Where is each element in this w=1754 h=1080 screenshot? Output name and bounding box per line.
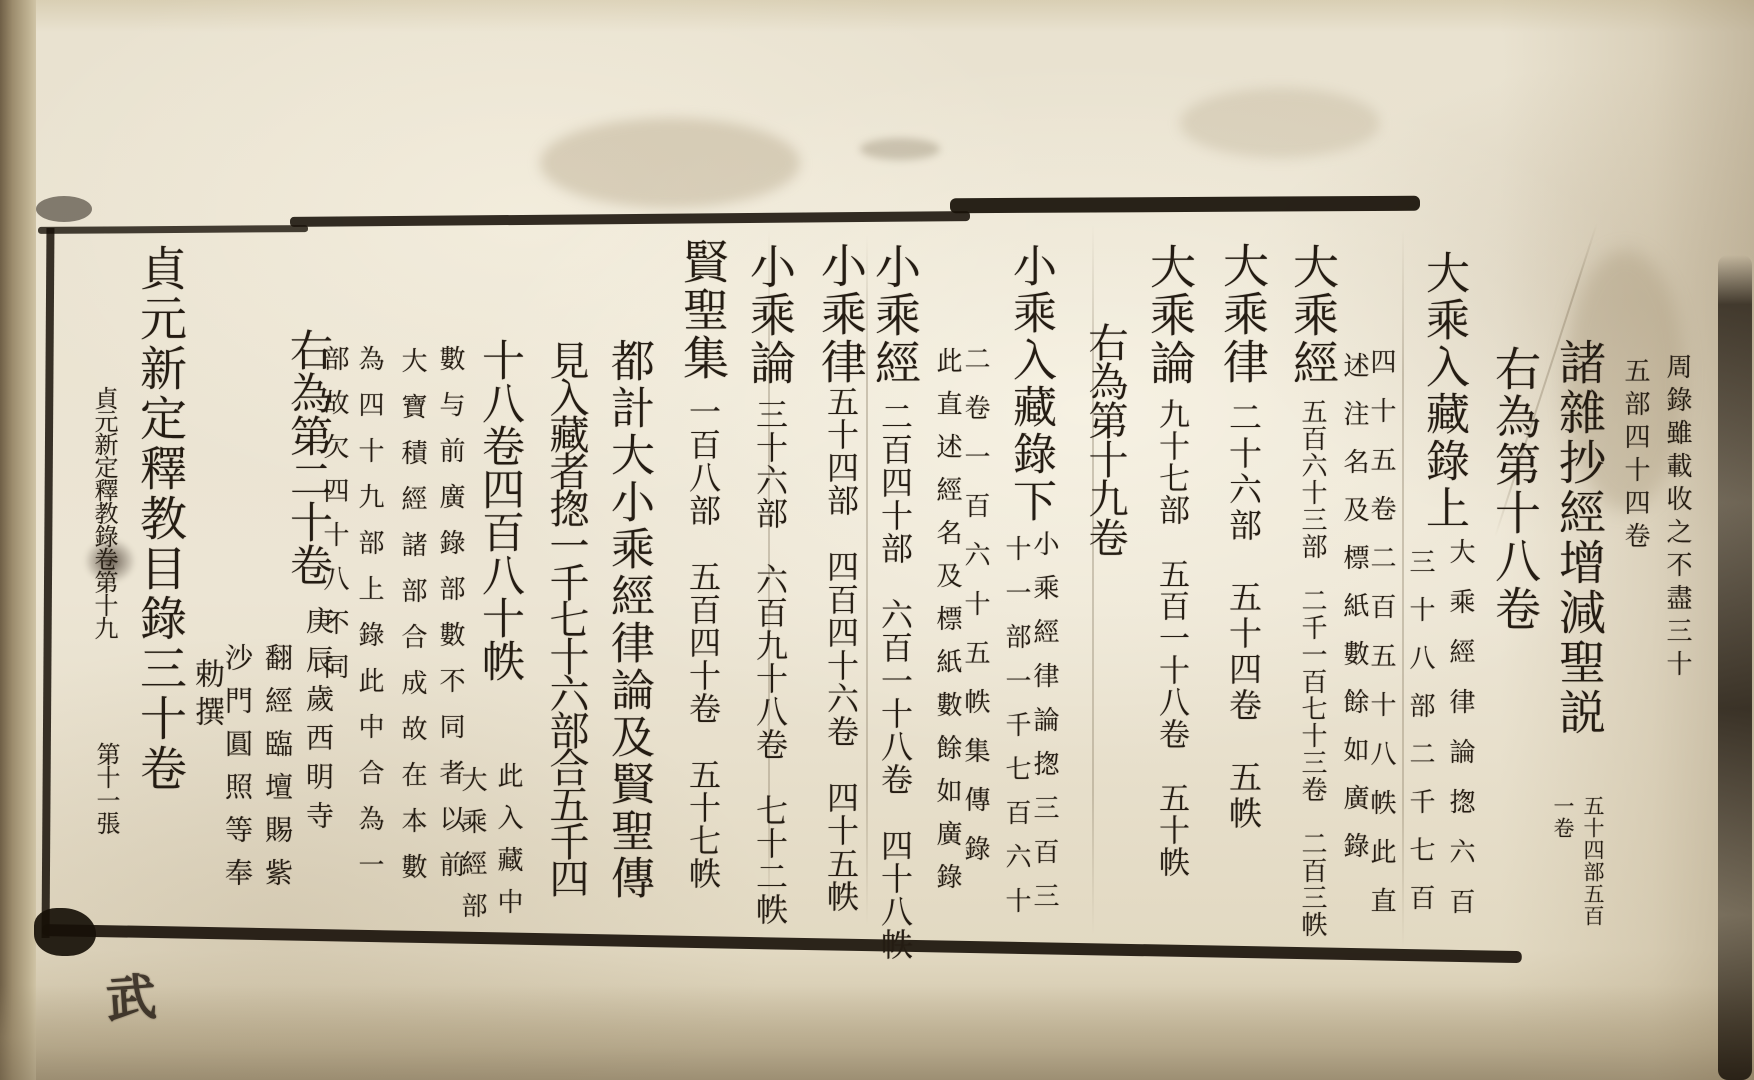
frame-border-top [38,225,308,234]
note-mahayana-total2-right: 四十五卷二百五十八帙此直 [1368,348,1394,936]
label-hinayana-sastras: 小乘論 [747,243,793,387]
label-mahayana-sastras: 大乘論 [1147,243,1193,387]
paper-stain [540,118,800,208]
counts-hinayana-vinaya: 五十四部 四百四十六卷 四十五帙 [825,385,857,913]
colophon-compiler: 沙門圓照等奉 [223,643,251,901]
colophon-titles: 翻經臨壇賜紫 [263,643,291,901]
counts-mahayana-sastras: 九十七部 五百一十八卷 五十帙 [1155,398,1186,878]
note-mahayana-total-left: 三十八部二千七百 [1407,548,1433,932]
scanned-document-photo: 周錄雖載收之不盡三十 五部四十四卷 諸雜抄經增減聖説 五十四部五百 一卷 右為第… [0,0,1754,1080]
frame-corner-blot [36,196,92,222]
label-mahayana-sutras: 大乘經 [1290,243,1336,387]
header-mahayana-register: 大乘入藏錄上 [1421,250,1465,532]
note-hinayana-total-right: 小乘經律論揔三百三 [1031,530,1057,926]
frame-corner-blot [34,908,96,956]
label-sages-collection: 賢聖集 [680,238,726,382]
note-zhou-catalog-right: 周錄雖載收之不盡三十 [1664,353,1690,683]
grand-total-line2: 見入藏者揔一千七十六部合五千四 [546,340,586,895]
end-of-scroll-20: 右為第二十卷 [286,328,329,586]
frame-border-top [290,211,970,227]
note-mahayana-total-right: 大乘經律論揔六百 [1447,538,1473,938]
note-grand-total2-right: 數与前廣錄部數不同者以前 [437,345,463,897]
note-misc-extract-left: 一卷 [1552,795,1573,839]
counts-hinayana-sutras: 二百四十部 六百一十八卷 四十八帙 [879,400,911,961]
note-zhou-catalog-left: 五部四十四卷 [1622,357,1648,555]
grand-total-line3: 十八卷四百八十帙 [478,338,521,682]
note-misc-extract-right: 五十四部五百 [1582,795,1603,927]
frame-border-left [42,228,55,938]
left-binding-edge [0,0,36,1080]
grand-total-line1: 都計大小乘經律論及賢聖傳 [606,338,650,902]
note-hinayana-total2-left: 此直述經名及標紙數餘如廣錄 [934,347,960,906]
paper-crease [1402,230,1404,950]
note-grand-total1-right: 此入藏中 [495,762,521,930]
frame-border-top [950,196,1420,213]
note-grand-total2-left: 大寶積經諸部合成故在本數 [399,347,425,899]
running-title: 貞元新定釋教錄卷第十九 [92,386,116,639]
counts-sages-collection: 一百八部 五百四十卷 五十七帙 [687,395,719,890]
sheet-number: 第十一張 [94,742,118,834]
adjacent-leaf-edge [1718,255,1752,1080]
paper-stain [860,138,940,160]
bottom-margin-shading [0,985,1754,1080]
note-hinayana-total2-right: 二卷一百六十五帙集傳錄 [962,345,988,884]
end-of-scroll-18: 右為第十八卷 [1492,345,1538,633]
label-hinayana-vinaya: 小乘律 [818,242,864,386]
header-hinayana-register: 小乘入藏錄下 [1008,243,1052,525]
note-mahayana-total2-left: 述注名及標紙數餘如廣錄 [1341,352,1367,880]
note-grand-total3-right: 為四十九部上錄此中合為一 [356,345,382,897]
end-of-scroll-19: 右為第十九卷 [1085,322,1125,556]
work-title-column: 貞元新定釋教目錄三十卷 [136,244,183,794]
colophon-date-temple: 庚辰歲西明寺 [304,606,332,840]
collation-mark: 武 [100,970,153,1023]
counts-mahayana-vinaya: 二十六部 五十四卷 五帙 [1227,400,1260,832]
label-mahayana-vinaya: 大乘律 [1220,242,1266,386]
paper-stain [1180,88,1380,158]
counts-mahayana-sutras: 五百六十三部 二千一百七十三卷 二百三帙 [1299,398,1325,938]
note-hinayana-total-left: 十一部一千七百六十 [1003,535,1029,931]
colophon-imperial-order: 勅撰 [191,658,221,734]
header-misc-extract-sutras: 諸雜抄經增減聖説 [1555,338,1602,738]
label-hinayana-sutras: 小乘經 [872,243,918,387]
counts-hinayana-sastras: 三十六部 六百九十八卷 七十二帙 [754,398,786,926]
